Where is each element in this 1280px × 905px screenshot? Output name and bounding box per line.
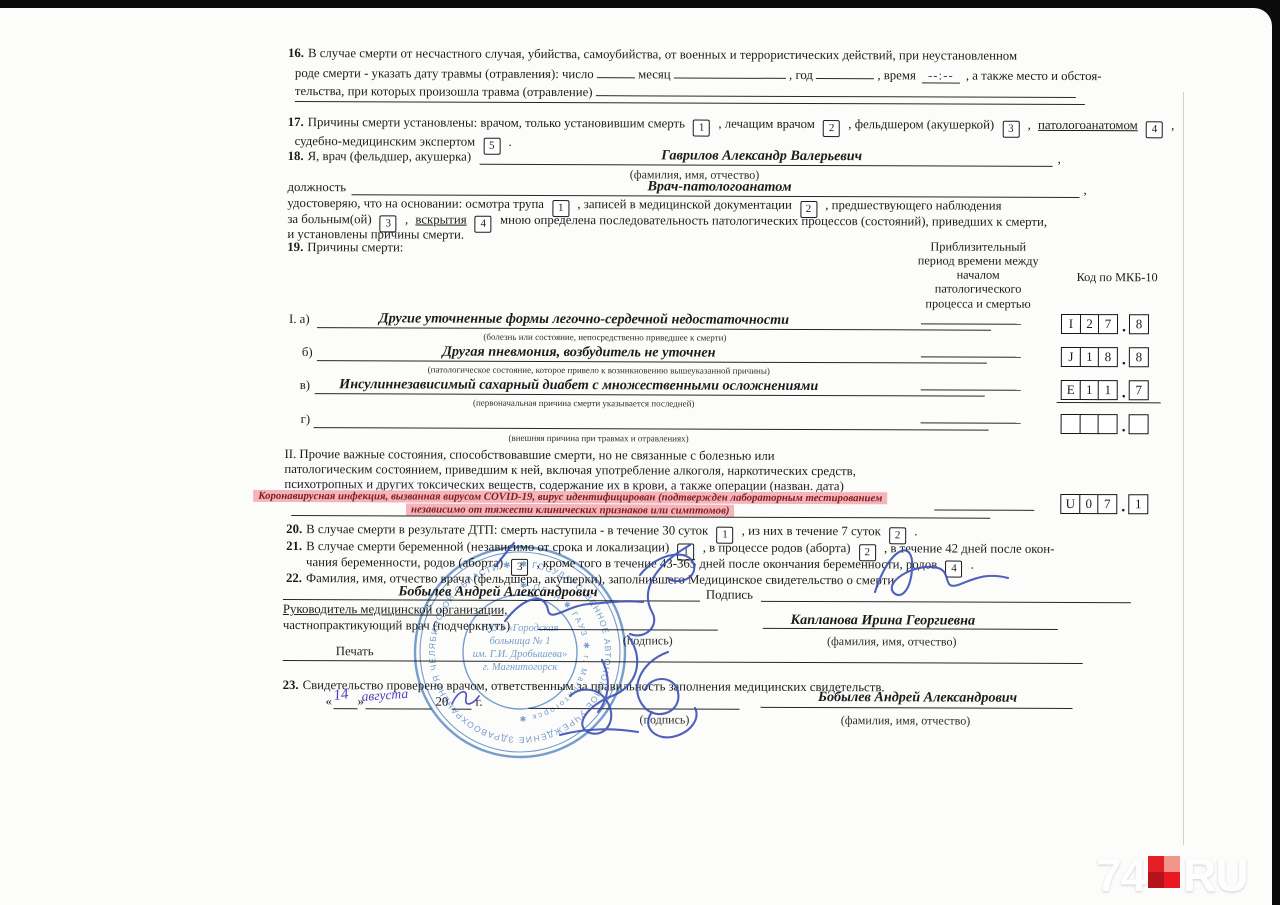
item16-line2: роде смерти - указать дату травмы (отрав…	[295, 64, 1102, 84]
signature-label: Подпись	[706, 588, 753, 604]
item18-position-label: должность	[287, 180, 346, 196]
item17-pathologist-underlined: патологоанатомом	[1038, 118, 1138, 132]
scan-edge-top	[0, 0, 1280, 8]
month-blank-field	[674, 65, 786, 78]
cause-row-g-caption: (внешняя причина при травмах и отравлени…	[508, 433, 688, 444]
filler-signature-line	[761, 601, 1131, 603]
icd-code-dot: .	[1122, 351, 1126, 369]
item18-trailing-comma: ,	[1058, 152, 1061, 167]
item18-text1: Я, врач (фельдшер, акушерка)	[308, 149, 472, 164]
period-dash-g	[921, 422, 1021, 423]
watermark-ru-text: RU	[1183, 848, 1247, 902]
date-open-quote: «	[326, 694, 332, 709]
icd-code-box: 7	[1129, 380, 1149, 400]
item16-time-label: , время	[877, 68, 916, 82]
item21-period: .	[971, 558, 974, 572]
cause-row-a-caption: (болезнь или состояние, непосредственно …	[483, 332, 726, 343]
icd-code-row-v: E11.7	[1061, 378, 1149, 402]
icd-code-box: 8	[1129, 347, 1149, 367]
handwritten-day: 14	[332, 686, 349, 705]
scanned-death-certificate: 16.В случае смерти от несчастного случая…	[0, 0, 1280, 905]
icd-code-dot: .	[1122, 384, 1126, 402]
hospital-round-stamp: ✱ ГОСУДАРСТВЕННОЕ АВТОНОМНОЕ УЧРЕЖДЕНИЕ …	[410, 542, 630, 762]
item16-text4: тельства, при которых произошла травма (…	[295, 84, 593, 99]
cause-row-g-line	[314, 427, 989, 431]
item17-number: 17.	[288, 115, 304, 129]
icd-code-dot: .	[1122, 318, 1126, 336]
icd-code-row-b: J18.8	[1061, 345, 1149, 369]
section-divider-line	[283, 660, 1083, 664]
checkbox-43-365days-after: 4	[945, 561, 962, 578]
fio-caption-22: (фамилия, имя, отчество)	[827, 634, 957, 649]
stamp-center-line3: им. Г.И. Дробышева»	[473, 649, 568, 660]
item16-line1: 16.В случае смерти от несчастного случая…	[288, 46, 1017, 64]
handwritten-month: августа	[361, 686, 408, 705]
cause-row-v-label: в)	[300, 378, 310, 393]
day-blank-field	[597, 65, 635, 78]
signature-caption-23: (подпись)	[640, 712, 690, 727]
icd-code-box	[1079, 414, 1099, 434]
item18-text4: , предшествующего наблюдения	[825, 198, 1001, 213]
cause-row-a-label: I. а)	[289, 312, 310, 327]
icd-code-dot: .	[1121, 498, 1125, 516]
icd10-column-header: Код по МКБ-10	[1055, 270, 1179, 285]
item19-number: 19.	[287, 240, 303, 254]
icd-code-box: 8	[1129, 314, 1149, 334]
item17-text1: Причины смерти установлены: врачом, толь…	[308, 115, 685, 130]
watermark-red-square-icon	[1148, 856, 1180, 888]
item16-line3: тельства, при которых произошла травма (…	[295, 82, 1076, 102]
period-column-header: Приблизительный период времени между нач…	[915, 239, 1041, 310]
checkbox-autopsy: 4	[475, 216, 492, 233]
period-dash-a	[921, 323, 1021, 324]
checkbox-feldsher: 3	[1002, 121, 1019, 138]
seal-label: Печать	[336, 644, 374, 659]
period-dash-b	[921, 356, 1021, 357]
icd-code-row-g: .	[1061, 412, 1149, 436]
square-tr	[1164, 856, 1180, 872]
icd-code-box: 7	[1098, 314, 1118, 334]
item21-text3: , в течение 42 дней после окон-	[884, 541, 1054, 556]
circumstances-blank-field	[596, 83, 1076, 98]
icd-code-box: 2	[1079, 314, 1099, 334]
checkbox-attending-doctor: 2	[823, 120, 840, 137]
item20-number: 20.	[286, 522, 302, 536]
icd-code-box: 1	[1079, 347, 1099, 367]
cause-row-b-caption: (патологическое состояние, которое приве…	[428, 365, 770, 376]
item20-text2: , из них в течение 7 суток	[742, 524, 881, 539]
time-value-field: --:--	[922, 68, 960, 83]
stamp-center-line4: г. Магнитогорск	[483, 662, 558, 673]
icd-code-box: 1	[1098, 380, 1118, 400]
74ru-watermark: 74 RU	[1096, 848, 1248, 902]
item16-text1: В случае смерти от несчастного случая, у…	[308, 46, 1017, 63]
item20-period: .	[914, 524, 917, 538]
icd-code-box: 1	[1128, 494, 1148, 514]
fio-caption-23: (фамилия, имя, отчество)	[841, 713, 971, 728]
icd-code-box	[1098, 414, 1118, 434]
verifier-name-line	[761, 707, 1073, 709]
cause-row-b-value: Другая пневмония, возбудитель не уточнен	[442, 344, 715, 362]
field-head-name: Капланова Ирина Георгиевна	[791, 612, 976, 630]
item18-text3: , записей в медицинской документации	[577, 197, 792, 212]
item17-text2: , лечащим врачом	[718, 117, 815, 131]
cause-row-b-label: б)	[302, 345, 313, 360]
item18-line1: 18.Я, врач (фельдшер, акушерка)	[288, 149, 472, 165]
item16-number: 16.	[288, 46, 304, 60]
cause-row-v-value: Инсулиннезависимый сахарный диабет с мно…	[339, 376, 818, 395]
field-position-value: Врач-патологоанатом	[647, 178, 791, 196]
part2-blank-line	[291, 515, 990, 519]
item23-number: 23.	[283, 678, 299, 692]
icd-code-box: 1	[1079, 380, 1099, 400]
head-name-line	[763, 628, 1058, 630]
item17-period: .	[508, 135, 511, 149]
square-bl	[1148, 872, 1164, 888]
item18-text6: мною определена последовательность патол…	[500, 213, 1047, 229]
item17-comma2: ,	[1171, 118, 1174, 132]
year-blank-field	[816, 66, 874, 79]
covid-diagnosis-line1: Коронавирусная инфекция, вызванная вирус…	[253, 490, 887, 504]
period-dash-v	[921, 389, 1021, 390]
item18-comma: ,	[405, 212, 408, 226]
item22-number: 22.	[286, 571, 302, 585]
watermark-74-text: 74	[1096, 848, 1145, 902]
item21-number: 21.	[286, 539, 302, 553]
signature-caption-left: (подпись)	[623, 633, 673, 648]
icd-code-box: 0	[1079, 494, 1099, 514]
square-tl	[1148, 856, 1164, 872]
cause-row-a-value: Другие уточненные формы легочно-сердечно…	[379, 310, 789, 329]
icd-code-box	[1061, 414, 1081, 434]
item16-text3: , а также место и обстоя-	[966, 69, 1102, 84]
icd-code-dot: .	[1122, 418, 1126, 436]
icd-code-box: 7	[1097, 494, 1117, 514]
stamp-center-line1: ГАУЗ «Городская	[481, 623, 559, 634]
icd-code-row-covid: U07.1	[1060, 492, 1148, 516]
icd-code-box: 8	[1098, 347, 1118, 367]
item21-text2: , в процессе родов (аборта)	[703, 541, 851, 556]
field-verifier-name: Бобылев Андрей Александрович	[818, 689, 1017, 707]
item17-text4: судебно-медицинским экспертом	[295, 134, 475, 149]
item18-trailing-comma2: ,	[1083, 183, 1086, 198]
checkbox-established-by-certifying-doctor: 1	[693, 120, 710, 137]
square-br	[1164, 872, 1180, 888]
checkbox-forensic-expert: 5	[483, 138, 500, 155]
scan-edge-right	[1272, 0, 1280, 905]
item16-year-label: , год	[789, 68, 813, 82]
item16-text2: роде смерти - указать дату травмы (отрав…	[295, 66, 594, 81]
document-content: 16.В случае смерти от несчастного случая…	[0, 0, 1280, 905]
period-dash-part2	[934, 509, 1034, 510]
item16-month-label: месяц	[638, 67, 671, 81]
icd-code-box: I	[1061, 314, 1081, 334]
icd-code-row-v-underline	[1057, 402, 1161, 403]
item17-text3: , фельдшером (акушеркой)	[848, 117, 994, 132]
item19-title-line: 19.Причины смерти:	[287, 240, 403, 256]
checkbox-pathologist: 4	[1146, 121, 1163, 138]
icd-code-row-a: I27.8	[1061, 312, 1149, 336]
item20-text1: В случае смерти в результате ДТП: смерть…	[306, 522, 708, 538]
stamp-center-line2: больница № 1	[490, 636, 551, 647]
icd-code-box: E	[1061, 380, 1081, 400]
cause-row-g-label: г)	[301, 412, 311, 427]
icd-code-box: J	[1061, 347, 1081, 367]
icd-code-box	[1129, 414, 1149, 434]
field-doctor-name: Гаврилов Александр Валерьевич	[661, 147, 862, 165]
cause-row-v-caption: (первоначальная причина смерти указывает…	[473, 398, 694, 409]
item18-autopsy-underlined: вскрытия	[415, 212, 466, 226]
item19-title: Причины смерти:	[307, 240, 403, 254]
item17-comma: ,	[1028, 118, 1031, 132]
item18-number: 18.	[288, 149, 304, 163]
date-day-line	[334, 708, 358, 709]
item18-text2: удостоверяю, что на основании: осмотра т…	[287, 196, 544, 211]
item18-text5: за больным(ой)	[287, 212, 371, 226]
icd-code-box: U	[1060, 494, 1080, 514]
